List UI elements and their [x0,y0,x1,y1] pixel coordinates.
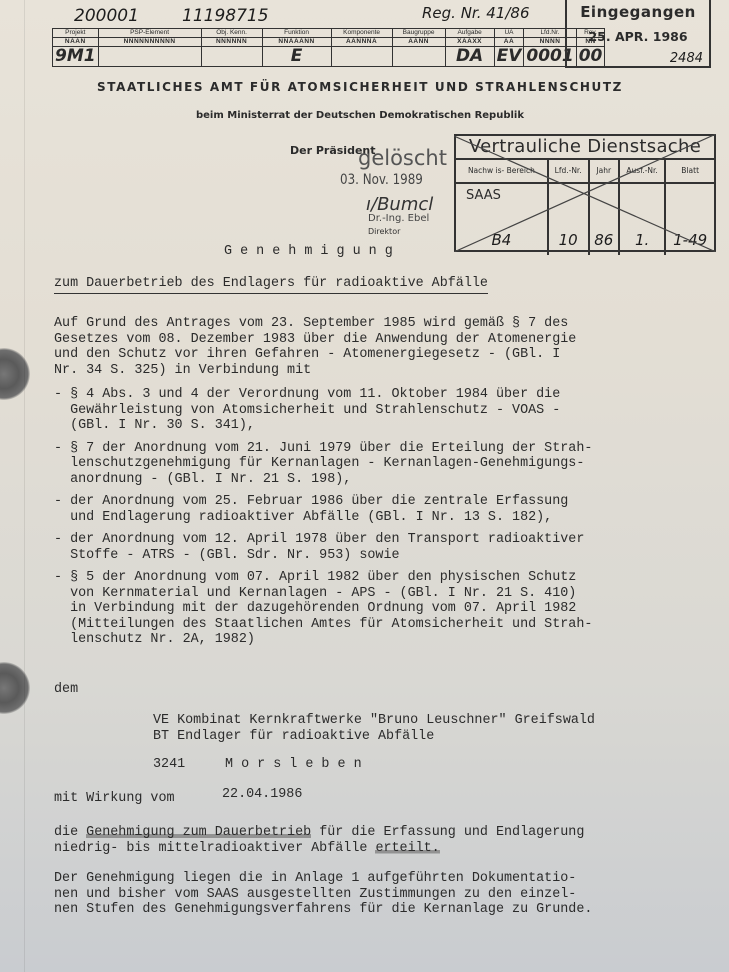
list-item-line: in Verbindung mit der dazugehörenden Ord… [54,601,592,617]
document-subheading: zum Dauerbetrieb des Endlagers für radio… [54,276,488,294]
list-item: - § 4 Abs. 3 und 4 der Verordnung vom 11… [54,387,592,434]
recipient-address: VE Kombinat Kernkraftwerke "Bruno Leusch… [153,713,595,744]
codes-value-cell: EV [494,47,524,67]
codes-header-cell: PSP-Element [98,29,201,38]
grant-text: die [54,825,86,840]
postcode: 3241 [153,757,185,773]
grant-highlight-granted: erteilt. [375,841,439,856]
codes-header-cell: Komponente [331,29,392,38]
codes-value-cell [392,47,445,67]
codes-value-cell [331,47,392,67]
director-role: Direktor [368,227,400,236]
codes-header-cell: Aufgabe [445,29,494,38]
codes-format-cell: NNNNNN [201,38,262,47]
codes-value-cell: 9M1 [53,47,99,67]
list-item-line: - § 7 der Anordnung vom 21. Juni 1979 üb… [54,441,592,457]
list-item-line: Stoffe - ATRS - (GBl. Sdr. Nr. 953) sowi… [54,548,592,564]
list-item-line: (GBl. I Nr. 30 S. 341), [54,418,592,434]
codes-format-cell: AANNNA [331,38,392,47]
closing-line: nen Stufen des Genehmigungsverfahrens fü… [54,902,592,918]
signature: ı/Bumcl [366,194,433,215]
authority-name: STAATLICHES AMT FÜR ATOMSICHERHEIT UND S… [40,80,680,94]
classification-stamp: Vertrauliche Dienstsache Nachw is- Berei… [454,134,716,252]
codes-header-cell: Baugruppe [392,29,445,38]
list-item-line: (Mitteilungen des Staatlichen Amtes für … [54,617,592,633]
recipient-line: BT Endlager für radioaktive Abfälle [153,729,595,745]
intro-line: und den Schutz vor ihren Gefahren - Atom… [54,347,576,363]
list-item-line: und Endlagerung radioaktiver Abfälle (GB… [54,510,592,526]
list-item-line: - der Anordnung vom 25. Februar 1986 übe… [54,494,592,510]
effective-date: 22.04.1986 [222,787,302,803]
strike-through-cross [454,134,716,252]
closing-line: Der Genehmigung liegen die in Anlage 1 a… [54,871,592,887]
dem-label: dem [54,682,78,698]
codes-value-cell: E [262,47,331,67]
list-item: - der Anordnung vom 25. Februar 1986 übe… [54,494,592,525]
received-stamp-label: Eingegangen [567,3,709,21]
list-item-line: anordnung - (GBl. I Nr. 21 S. 198), [54,472,592,488]
deleted-stamp: gelöscht [358,146,447,170]
list-item-line: lenschutzgenehmigung für Kernanlagen - K… [54,456,592,472]
deleted-date: 03. Nov. 1989 [340,172,423,188]
codes-value-cell [201,47,262,67]
intro-line: Nr. 34 S. 325) in Verbindung mit [54,363,576,379]
grant-text: niedrig- bis mittelradioaktiver Abfälle [54,841,375,856]
codes-header-cell: Projekt [53,29,99,38]
list-item: - der Anordnung vom 12. April 1978 über … [54,532,592,563]
city: M o r s l e b e n [225,757,362,773]
director-name: Dr.-Ing. Ebel [368,213,429,224]
list-item-line: - der Anordnung vom 12. April 1978 über … [54,532,592,548]
list-item-line: von Kernmaterial und Kernanlagen - APS -… [54,586,592,602]
punch-hole-bottom [0,662,30,714]
intro-line: Gesetzes vom 08. Dezember 1983 über die … [54,332,576,348]
closing-paragraph: Der Genehmigung liegen die in Anlage 1 a… [54,871,592,918]
codes-header-cell: Funktion [262,29,331,38]
codes-value-cell: DA [445,47,494,67]
handwritten-number-left: 200001 [74,6,139,26]
list-item-line: lenschutz Nr. 2A, 1982) [54,632,592,648]
received-stamp: Eingegangen 25. APR. 1986 2484 [565,0,711,68]
intro-line: Auf Grund des Antrages vom 23. September… [54,316,576,332]
grant-highlight-approval: Genehmigung zum Dauerbetrieb [86,825,311,840]
handwritten-number-middle: 11198715 [182,6,269,26]
list-item: - § 7 der Anordnung vom 21. Juni 1979 üb… [54,441,592,488]
recipient-line: VE Kombinat Kernkraftwerke "Bruno Leusch… [153,713,595,729]
handwritten-reference: Reg. Nr. 41/86 [422,4,529,22]
intro-paragraph: Auf Grund des Antrages vom 23. September… [54,316,576,378]
list-item: - § 5 der Anordnung vom 07. April 1982 ü… [54,570,592,648]
paper-edge [24,0,25,972]
codes-header-cell: UA [494,29,524,38]
punch-hole-top [0,348,30,400]
document-heading: G e n e h m i g u n g [224,244,393,260]
codes-format-cell: NNNNNNNNNN [98,38,201,47]
received-stamp-date: 25. APR. 1986 [567,29,709,44]
received-stamp-number: 2484 [670,51,703,66]
list-item-line: Gewährleistung von Atomsicherheit und St… [54,403,592,419]
document-codes-table: ProjektPSP-ElementObj. Kenn.FunktionKomp… [52,28,605,67]
grant-statement: die Genehmigung zum Dauerbetrieb für die… [54,825,584,856]
effective-label: mit Wirkung vom [54,791,175,807]
list-item-line: - § 4 Abs. 3 und 4 der Verordnung vom 11… [54,387,592,403]
legal-basis-list: - § 4 Abs. 3 und 4 der Verordnung vom 11… [54,387,592,655]
list-item-line: - § 5 der Anordnung vom 07. April 1982 ü… [54,570,592,586]
grant-text: für die Erfassung und Endlagerung [311,825,584,840]
codes-format-cell: AANN [392,38,445,47]
codes-value-cell [98,47,201,67]
closing-line: nen und bisher vom SAAS ausgestellten Zu… [54,887,592,903]
codes-header-cell: Obj. Kenn. [201,29,262,38]
authority-sub: beim Ministerrat der Deutschen Demokrati… [40,110,680,121]
